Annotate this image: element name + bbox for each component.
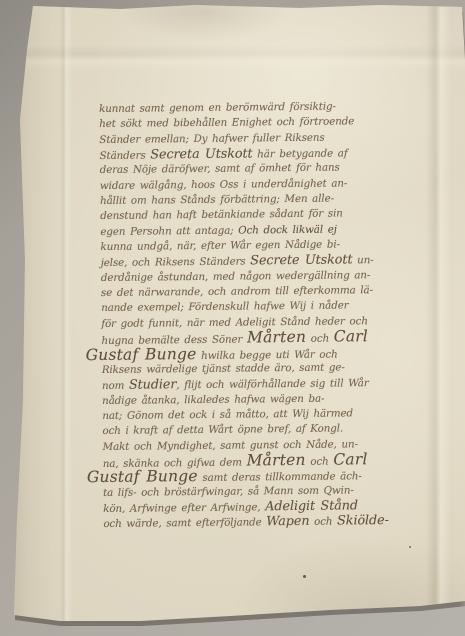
- ink-speck: [409, 546, 411, 548]
- text-segment: Adeligit Stånd: [265, 498, 358, 514]
- manuscript-line: och wärde, samt efterföljande Wapen och …: [103, 513, 429, 532]
- manuscript-text: kunnat samt genom en berömwärd försiktig…: [99, 99, 429, 532]
- text-segment: Ständers: [100, 149, 151, 162]
- text-segment: deras Nöje däröfwer, samt af ömhet för h…: [100, 162, 340, 177]
- text-segment: Carl: [334, 327, 368, 345]
- text-segment: widare wälgång, hoos Oss i underdånighet…: [100, 177, 348, 192]
- text-segment: egen Persohn att antaga;: [100, 224, 238, 237]
- text-segment: nande exempel; Fördenskull hafwe Wij i n…: [101, 300, 348, 315]
- text-segment: Och dock likwäl ej: [238, 223, 337, 236]
- text-segment: och: [309, 516, 337, 528]
- text-segment: och: [306, 333, 334, 345]
- text-segment: Mårten: [247, 328, 306, 347]
- text-segment: och i kraft af detta Wårt öpne bref, af …: [102, 423, 343, 438]
- text-segment: här betygande af: [253, 147, 348, 160]
- text-segment: jelse, och Riksens Ständers: [101, 256, 251, 270]
- text-segment: Makt och Myndighet, samt gunst och Nåde,…: [103, 438, 358, 453]
- text-segment: hwilka begge uti Wår och: [196, 348, 337, 361]
- text-segment: Studier: [129, 377, 177, 392]
- text-segment: för godt funnit, när med Adeligit Stånd …: [101, 315, 368, 330]
- text-segment: Riksens wärdelige tjänst stadde äro, sam…: [102, 361, 345, 376]
- text-segment: denstund han haft betänkiande sådant för…: [100, 208, 343, 223]
- text-segment: och wärde, samt efterföljande: [103, 517, 266, 531]
- text-segment: , flijt och wälförhållande sig till Wår: [176, 377, 368, 391]
- text-segment: nom: [102, 380, 129, 392]
- text-segment: och: [306, 455, 334, 467]
- text-segment: ta lifs- och bröstärfwingar, så Mann som…: [103, 484, 354, 499]
- text-segment: nådige åtanka, likaledes hafwa wägen ba-: [102, 392, 324, 406]
- text-segment: Carl: [333, 450, 367, 468]
- text-segment: kunnat samt genom en berömwärd försiktig…: [99, 101, 336, 115]
- manuscript-paper: kunnat samt genom en berömwärd försiktig…: [0, 0, 465, 636]
- text-segment: Secrete Utskott: [250, 253, 352, 269]
- text-segment: Skiölde-: [337, 513, 389, 529]
- text-segment: kunna undgå, när, efter Wår egen Nådige …: [100, 239, 340, 254]
- text-segment: Ständer emellan; Dy hafwer fuller Riksen…: [99, 131, 324, 145]
- ink-speck: [303, 575, 306, 578]
- text-segment: kön, Arfwinge efter Arfwinge,: [103, 501, 265, 515]
- text-segment: un-: [352, 255, 373, 267]
- text-segment: Secreta Utskott: [150, 146, 252, 162]
- text-segment: Mårten: [246, 451, 305, 470]
- text-segment: hållit om hans Stånds förbättring; Men a…: [100, 193, 334, 207]
- text-segment: het sökt med bibehållen Enighet och fört…: [99, 116, 354, 131]
- text-segment: Gustaf Bunge: [87, 467, 198, 486]
- text-segment: nat; Gönom det ock i så måtto, att Wij h…: [102, 407, 353, 422]
- text-segment: derdånige åstundan, med någon wedergälln…: [101, 269, 371, 284]
- photo-stage: kunnat samt genom en berömwärd försiktig…: [0, 0, 465, 636]
- text-segment: Wapen: [266, 514, 309, 529]
- text-segment: Gustaf Bunge: [86, 344, 197, 363]
- text-segment: se det närwarande, och androm till efter…: [101, 284, 373, 299]
